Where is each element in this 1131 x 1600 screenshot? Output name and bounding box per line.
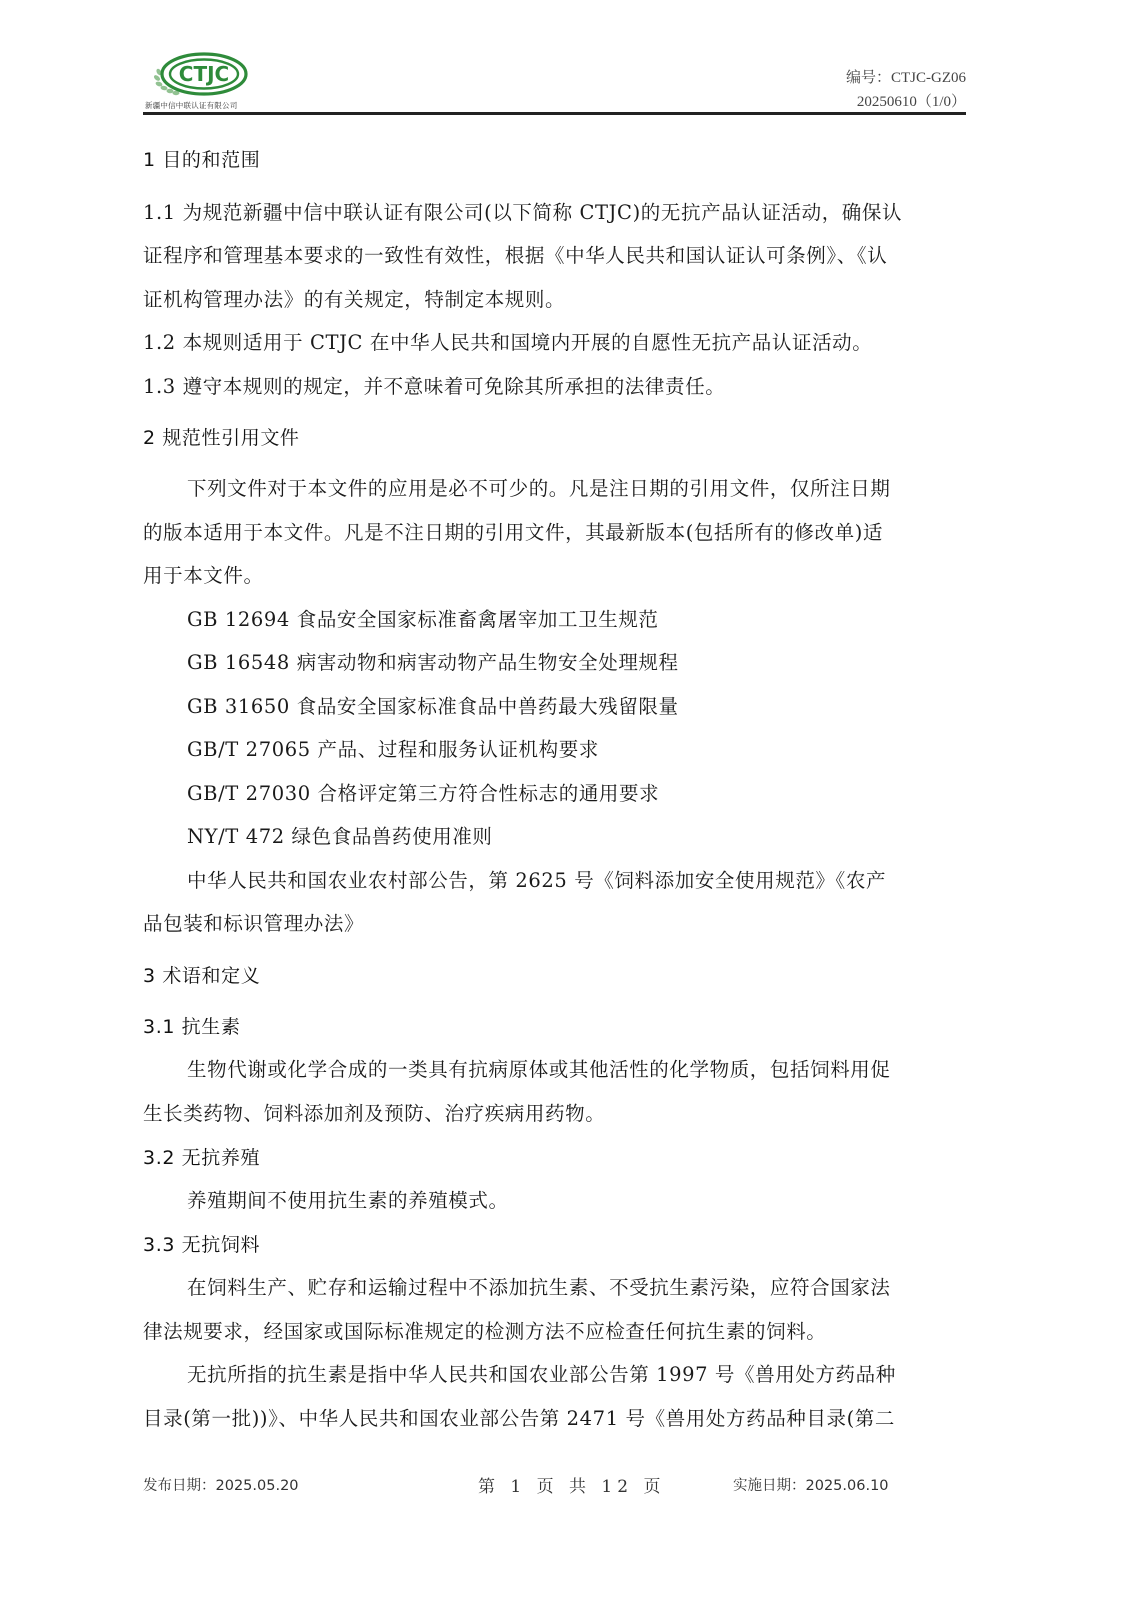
clause-1-3: 1.3 遵守本规则的规定，并不意味着可免除其所承担的法律责任。 xyxy=(143,373,725,401)
reference-item: GB/T 27030 合格评定第三方符合性标志的通用要求 xyxy=(187,780,659,808)
term-3-3-definition-line-1: 在饲料生产、贮存和运输过程中不添加抗生素、不受抗生素污染，应符合国家法 xyxy=(187,1274,891,1302)
term-3-1-heading: 3.1 抗生素 xyxy=(143,1013,240,1041)
document-page: CTJC 新疆中信中联认证有限公司 编号：CTJC-GZ06 20250610（… xyxy=(0,0,1131,1600)
reference-item: GB 16548 病害动物和病害动物产品生物安全处理规程 xyxy=(187,649,679,677)
publish-date: 发布日期：2025.05.20 xyxy=(143,1474,299,1495)
ministry-reference-line-2: 品包装和标识管理办法》 xyxy=(143,910,364,938)
term-3-2-heading: 3.2 无抗养殖 xyxy=(143,1144,260,1172)
doc-code-version: 20250610（1/0） xyxy=(846,90,966,114)
company-name: 新疆中信中联认证有限公司 xyxy=(145,100,237,111)
document-code: 编号：CTJC-GZ06 20250610（1/0） xyxy=(846,66,966,114)
company-logo: CTJC xyxy=(149,50,249,100)
reference-item: NY/T 472 绿色食品兽药使用准则 xyxy=(187,823,493,851)
clause-1-1-line-2: 证程序和管理基本要求的一致性有效性，根据《中华人民共和国认证认可条例》、《认 xyxy=(143,242,887,270)
term-3-3-note-line-1: 无抗所指的抗生素是指中华人民共和国农业部公告第 1997 号《兽用处方药品种 xyxy=(187,1361,896,1389)
section-3-heading: 3 术语和定义 xyxy=(143,962,260,990)
term-3-3-heading: 3.3 无抗饲料 xyxy=(143,1231,260,1259)
ctjc-logo-icon: CTJC xyxy=(149,50,249,100)
section-2-intro-line-3: 用于本文件。 xyxy=(143,562,264,590)
section-2-heading: 2 规范性引用文件 xyxy=(143,424,300,452)
page-header: CTJC 新疆中信中联认证有限公司 编号：CTJC-GZ06 20250610（… xyxy=(143,48,966,112)
reference-item: GB/T 27065 产品、过程和服务认证机构要求 xyxy=(187,736,599,764)
effective-date: 实施日期：2025.06.10 xyxy=(733,1474,889,1495)
clause-1-1-line-3: 证机构管理办法》的有关规定，特制定本规则。 xyxy=(143,286,565,314)
header-divider xyxy=(143,112,966,115)
svg-text:CTJC: CTJC xyxy=(179,62,229,86)
page-number: 第 1 页 共 12 页 xyxy=(478,1472,665,1497)
reference-item: GB 12694 食品安全国家标准畜禽屠宰加工卫生规范 xyxy=(187,606,659,634)
term-3-1-definition-line-2: 生长类药物、饲料添加剂及预防、治疗疾病用药物。 xyxy=(143,1100,605,1128)
term-3-3-definition-line-2: 律法规要求，经国家或国际标准规定的检测方法不应检查任何抗生素的饲料。 xyxy=(143,1318,826,1346)
page-footer: 发布日期：2025.05.20 第 1 页 共 12 页 实施日期：2025.0… xyxy=(143,1474,966,1500)
term-3-3-note-line-2: 目录(第一批))》、中华人民共和国农业部公告第 2471 号《兽用处方药品种目录… xyxy=(143,1405,895,1433)
reference-item: GB 31650 食品安全国家标准食品中兽药最大残留限量 xyxy=(187,693,679,721)
clause-1-1-line-1: 1.1 为规范新疆中信中联认证有限公司(以下简称 CTJC)的无抗产品认证活动，… xyxy=(143,199,902,227)
doc-code-number: 编号：CTJC-GZ06 xyxy=(846,66,966,90)
term-3-1-definition-line-1: 生物代谢或化学合成的一类具有抗病原体或其他活性的化学物质，包括饲料用促 xyxy=(187,1056,891,1084)
ministry-reference-line-1: 中华人民共和国农业农村部公告，第 2625 号《饲料添加安全使用规范》《农产 xyxy=(187,867,886,895)
section-1-heading: 1 目的和范围 xyxy=(143,146,260,174)
term-3-2-definition: 养殖期间不使用抗生素的养殖模式。 xyxy=(187,1187,509,1215)
clause-1-2: 1.2 本规则适用于 CTJC 在中华人民共和国境内开展的自愿性无抗产品认证活动… xyxy=(143,329,872,357)
section-2-intro-line-2: 的版本适用于本文件。凡是不注日期的引用文件，其最新版本(包括所有的修改单)适 xyxy=(143,519,883,547)
section-2-intro-line-1: 下列文件对于本文件的应用是必不可少的。凡是注日期的引用文件，仅所注日期 xyxy=(187,475,891,503)
